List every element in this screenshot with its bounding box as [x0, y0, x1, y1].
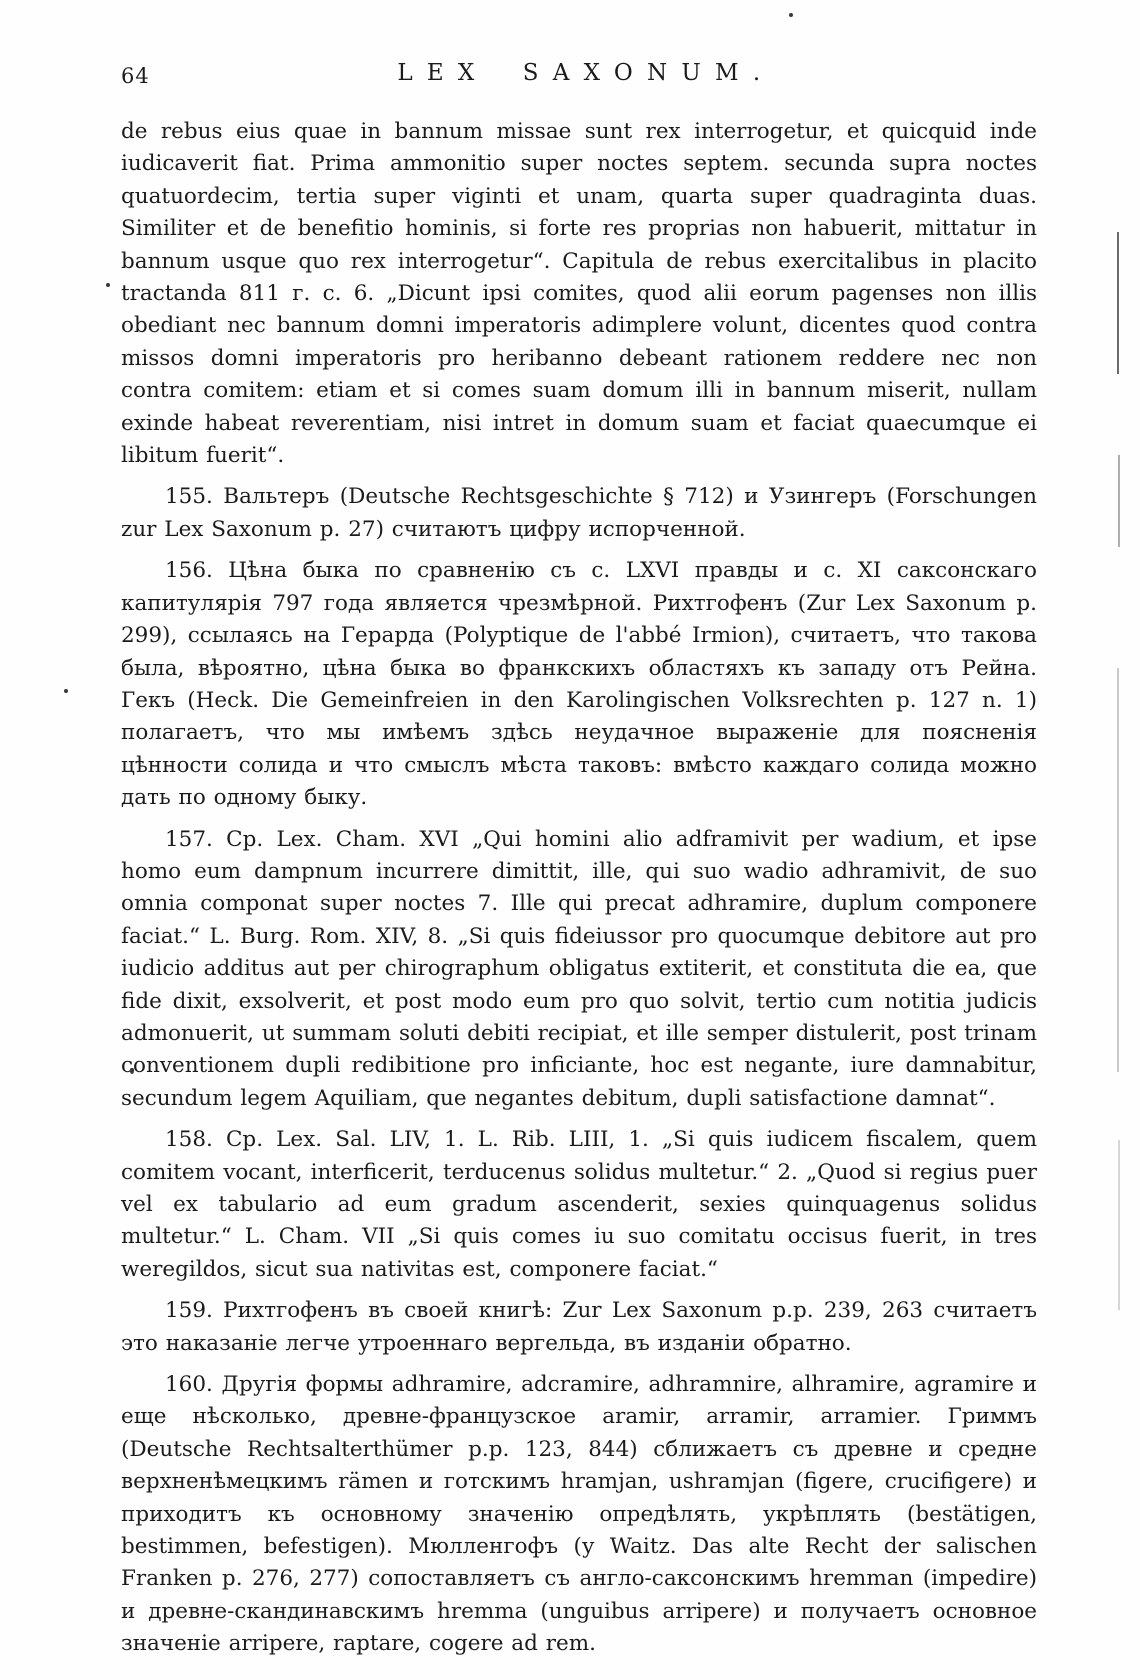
scan-speck	[130, 1068, 134, 1074]
scan-speck	[789, 13, 793, 17]
footnote-156: 156. Цѣна быка по сравненію съ с. LXVI п…	[121, 555, 1037, 814]
book-page: 64 LEX SAXONUM. de rebus eius quae in ba…	[0, 0, 1140, 1680]
footnote-159: 159. Рихтгофенъ въ своей книгѣ: Zur Lex …	[121, 1295, 1037, 1360]
scan-speck	[64, 689, 68, 693]
scan-edge-line	[1118, 455, 1120, 547]
scan-edge-line	[1118, 1140, 1120, 1310]
scan-edge-line	[1117, 668, 1119, 1072]
scan-speck	[106, 283, 110, 287]
page-number: 64	[121, 64, 150, 88]
running-title: LEX SAXONUM.	[121, 60, 1037, 86]
page-header: 64 LEX SAXONUM.	[121, 60, 1037, 94]
page-body: de rebus eius quae in bannum missae sunt…	[121, 116, 1037, 1661]
footnote-157: 157. Ср. Lex. Cham. XVI „Qui homini alio…	[121, 824, 1037, 1116]
footnote-155: 155. Вальтеръ (Deutsche Rechtsgeschichte…	[121, 481, 1037, 546]
footnote-158: 158. Ср. Lex. Sal. LIV, 1. L. Rib. LIII,…	[121, 1124, 1037, 1286]
paragraph-continuation: de rebus eius quae in bannum missae sunt…	[121, 116, 1037, 472]
footnote-160: 160. Другія формы adhramire, adcramire, …	[121, 1369, 1037, 1661]
scan-edge-line	[1117, 232, 1119, 374]
